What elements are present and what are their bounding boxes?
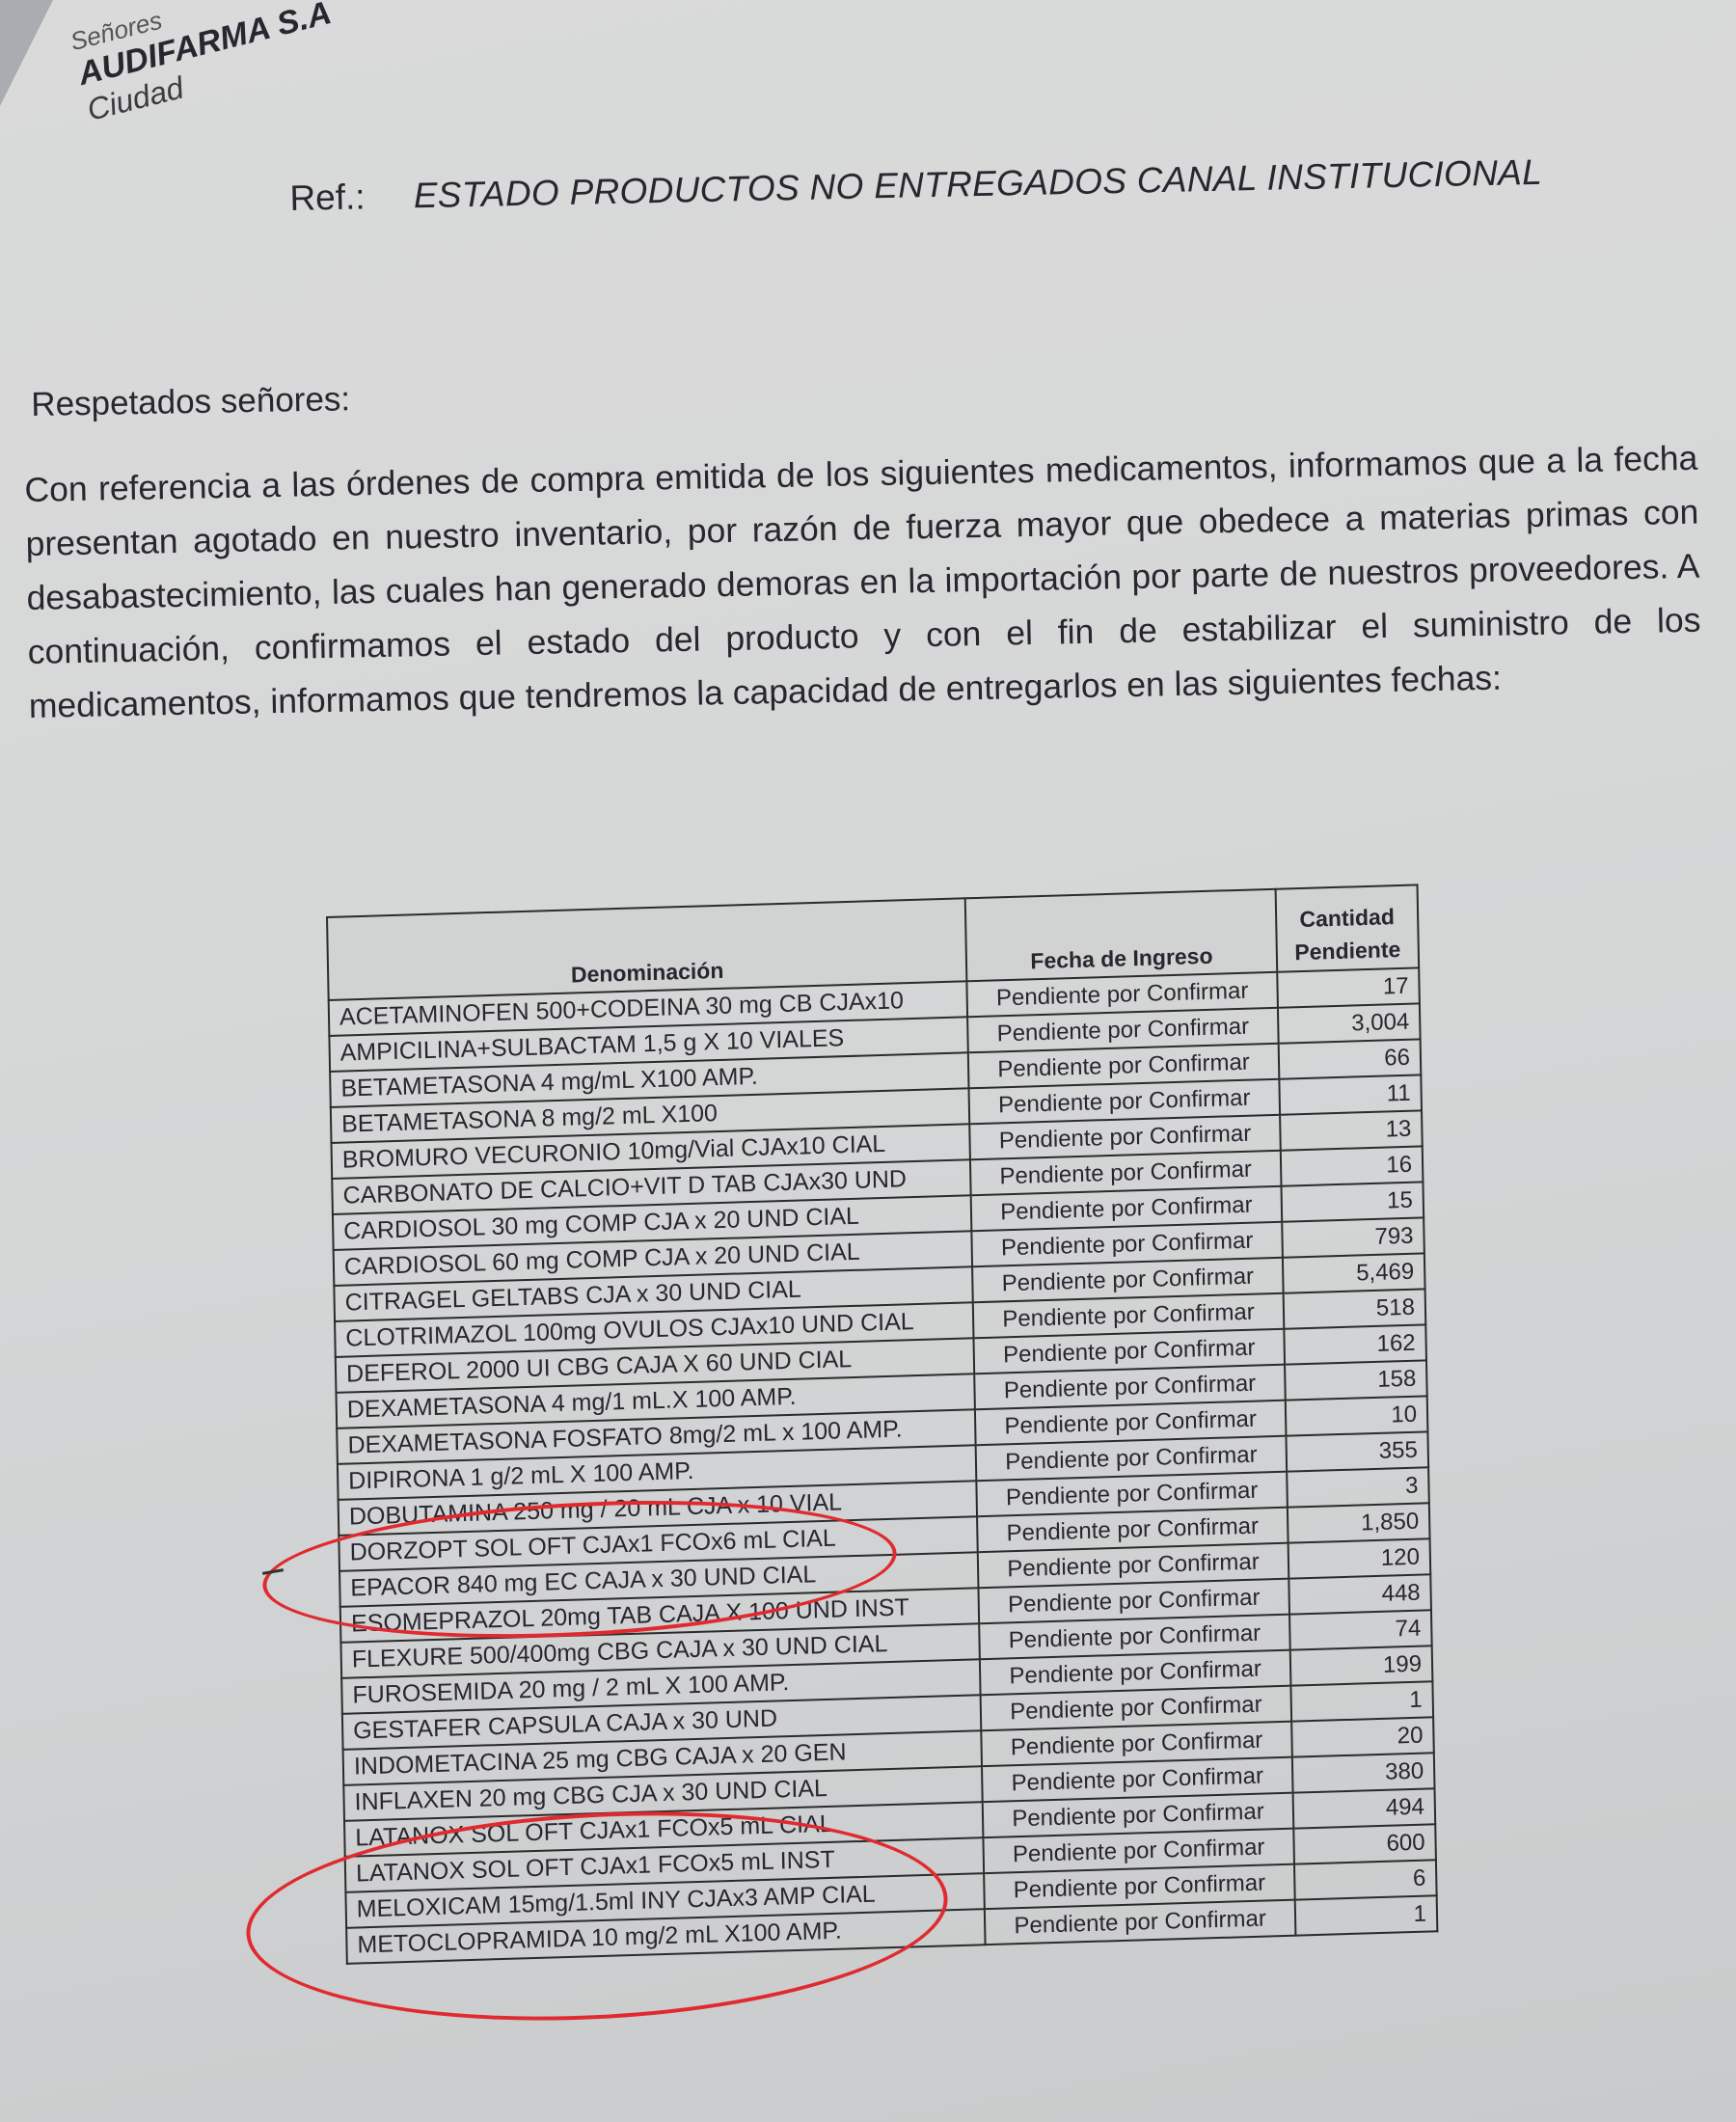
cell-qty: 13 xyxy=(1280,1110,1423,1150)
reference-title: ESTADO PRODUCTOS NO ENTREGADOS CANAL INS… xyxy=(413,152,1542,216)
cell-qty: 355 xyxy=(1286,1431,1428,1471)
greeting: Respetados señores: xyxy=(31,380,350,424)
address-block: Señores AUDIFARMA S.A Ciudad xyxy=(68,0,343,128)
cell-qty: 793 xyxy=(1282,1217,1424,1257)
cell-qty: 494 xyxy=(1293,1788,1436,1828)
column-header-date: Fecha de Ingreso xyxy=(965,889,1278,982)
cell-qty: 1 xyxy=(1295,1895,1438,1935)
cell-qty: 120 xyxy=(1288,1538,1431,1578)
cell-qty: 1,850 xyxy=(1288,1503,1430,1542)
cell-qty: 74 xyxy=(1289,1610,1432,1649)
cell-qty: 518 xyxy=(1284,1289,1426,1328)
cell-qty: 66 xyxy=(1279,1039,1422,1078)
cell-qty: 16 xyxy=(1281,1146,1424,1185)
cell-qty: 3,004 xyxy=(1278,1003,1421,1043)
cell-qty: 1 xyxy=(1290,1681,1433,1721)
document-page: Señores AUDIFARMA S.A Ciudad Ref.: ESTAD… xyxy=(0,0,1736,2122)
cell-qty: 6 xyxy=(1294,1860,1437,1899)
cell-qty: 15 xyxy=(1281,1182,1424,1221)
cell-qty: 10 xyxy=(1286,1396,1428,1435)
column-header-qty: Cantidad Pendiente xyxy=(1276,884,1420,971)
cell-qty: 600 xyxy=(1293,1824,1436,1864)
cell-qty: 3 xyxy=(1287,1467,1429,1507)
products-table-wrapper: Denominación Fecha de Ingreso Cantidad P… xyxy=(326,884,1438,1964)
body-paragraph: Con referencia a las órdenes de compra e… xyxy=(24,431,1702,733)
products-table: Denominación Fecha de Ingreso Cantidad P… xyxy=(326,884,1438,1964)
cell-qty: 11 xyxy=(1279,1075,1422,1114)
cell-qty: 158 xyxy=(1285,1360,1427,1400)
page-fold-shadow xyxy=(0,0,53,106)
cell-qty: 380 xyxy=(1292,1753,1435,1792)
cell-qty: 5,469 xyxy=(1283,1253,1425,1292)
cell-qty: 162 xyxy=(1284,1324,1426,1364)
cell-qty: 448 xyxy=(1288,1574,1431,1614)
cell-qty: 20 xyxy=(1291,1717,1434,1756)
table-body: ACETAMINOFEN 500+CODEINA 30 mg CB CJAx10… xyxy=(329,967,1438,1963)
cell-qty: 199 xyxy=(1290,1646,1433,1685)
reference-label: Ref.: xyxy=(289,177,366,218)
reference-line: Ref.: ESTADO PRODUCTOS NO ENTREGADOS CAN… xyxy=(289,152,1542,219)
cell-qty: 17 xyxy=(1277,967,1420,1007)
